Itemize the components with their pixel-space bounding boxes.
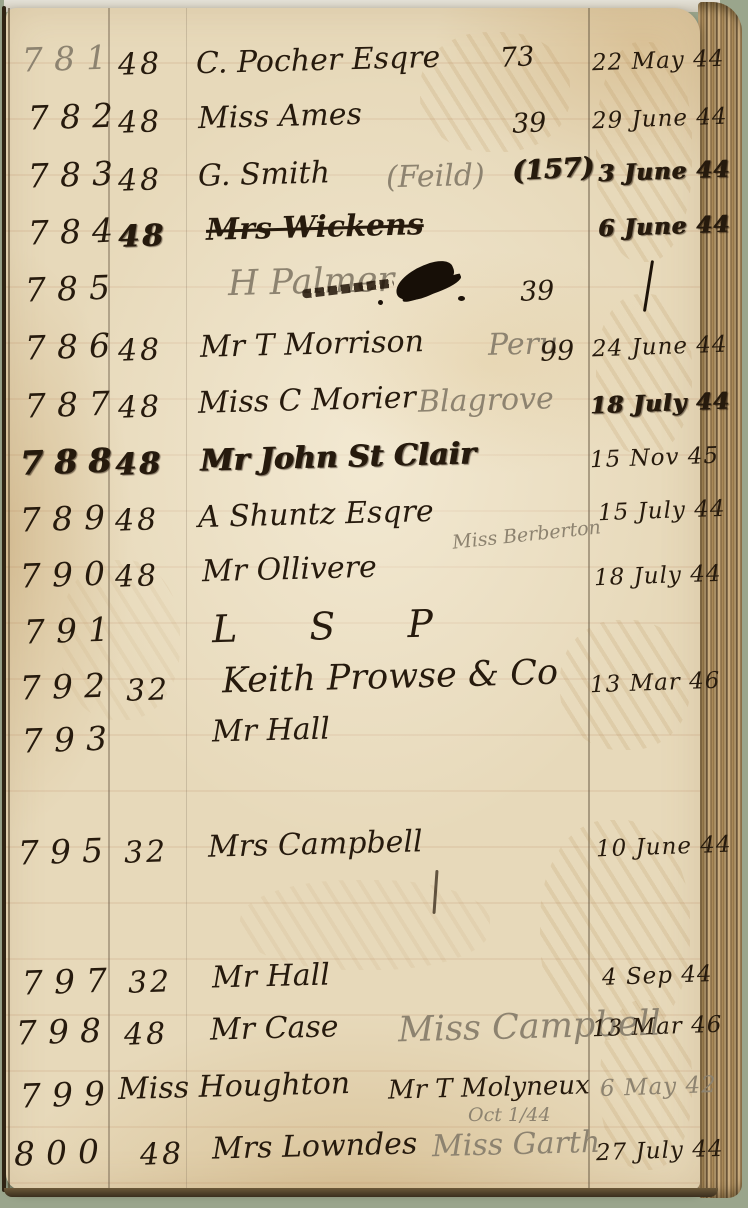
reference-number: 73 — [499, 43, 535, 72]
bleed-mark — [240, 880, 490, 970]
fee-amount: 48 — [114, 561, 159, 593]
entry-number: 791 — [23, 612, 120, 648]
fee-amount: 48 — [123, 1019, 168, 1051]
entry-number: 781 — [21, 40, 118, 76]
client-name: Miss Ames — [198, 100, 363, 134]
fee-amount: 48 — [117, 107, 162, 139]
entry-date: 22 May 44 — [592, 48, 725, 76]
entry-number: 798 — [15, 1013, 112, 1049]
client-name: Mrs Wickens — [206, 210, 424, 246]
entry-number: 783 — [27, 156, 124, 192]
entry-date: 13 Mar 46 — [590, 670, 721, 698]
fee-amount: 48 — [117, 221, 166, 253]
page-bottom-shadow — [4, 1188, 718, 1197]
entry-date: 27 July 44 — [596, 1138, 724, 1165]
pencil-note: Miss Garth — [432, 1128, 601, 1162]
entry-number: 782 — [27, 98, 124, 134]
entry-date: 18 July 44 — [590, 390, 730, 418]
entry-date: 13 Mar 46 — [592, 1014, 723, 1042]
bleed-mark — [420, 32, 570, 152]
reference-number: (157) — [511, 154, 594, 185]
reference-number: 99 — [539, 337, 575, 366]
ink-splatter — [458, 296, 465, 301]
scanned-ledger-photo: { "palette": { "background": "#9aa58c", … — [0, 0, 748, 1208]
reference-number: 39 — [511, 109, 547, 138]
pencil-note: Blagrove — [418, 384, 555, 418]
client-name: Keith Prowse & Co — [222, 656, 559, 700]
client-name: Mrs Lowndes — [212, 1129, 418, 1164]
binding-gutter-line — [8, 8, 10, 1190]
entry-number: 799 — [19, 1076, 116, 1112]
entry-date: 6 May 42 — [600, 1074, 718, 1101]
entry-date: 24 June 44 — [592, 334, 728, 362]
client-name-secondary: Mr T Molyneux — [388, 1072, 590, 1103]
client-name: Mrs Campbell — [208, 827, 423, 863]
fee-amount: 48 — [139, 1139, 184, 1171]
entry-number: 786 — [24, 328, 121, 364]
client-name: C. Pocher Esqre — [196, 43, 441, 79]
ink-blot — [391, 255, 460, 306]
pencil-note: Oct 1/44 — [468, 1106, 551, 1125]
column-rule-fee — [186, 8, 187, 1190]
entry-number: 785 — [24, 270, 121, 306]
pencil-note: Miss Berberton — [451, 518, 601, 552]
client-name: Mr Hall — [212, 960, 331, 993]
fee-amount: 32 — [123, 837, 168, 869]
fee-amount: 48 — [114, 449, 163, 481]
fee-amount: 48 — [117, 165, 162, 197]
ledger-page: 781 48 C. Pocher Esqre 73 22 May 44 782 … — [6, 8, 700, 1190]
entry-date: 10 June 44 — [596, 834, 732, 862]
fee-amount: 48 — [117, 392, 162, 424]
entry-number: 793 — [21, 721, 118, 757]
ink-splatter — [378, 300, 383, 305]
client-name: Mr Case — [210, 1012, 339, 1045]
fee-amount: 48 — [117, 335, 162, 367]
bleed-mark — [596, 294, 692, 454]
entry-number: 790 — [19, 556, 116, 592]
entry-number: 787 — [24, 386, 121, 422]
entry-number: 792 — [19, 668, 116, 704]
client-name: Mr T Morrison — [200, 327, 425, 363]
entry-number: 789 — [19, 500, 116, 536]
client-name: Miss C Morier — [198, 383, 417, 419]
client-name: Mr Hall — [212, 714, 331, 747]
entry-number: 784 — [27, 213, 124, 249]
entry-date: 4 Sep 44 — [602, 963, 713, 990]
binding-gutter-edge — [2, 6, 6, 1192]
fee-amount: 48 — [114, 505, 159, 537]
client-name: A Shuntz Esqre — [198, 497, 434, 533]
entry-number: 797 — [21, 963, 118, 999]
client-name: G. Smith — [198, 158, 331, 191]
fee-amount: 32 — [127, 967, 172, 999]
reference-number: 39 — [519, 277, 555, 306]
client-name: Mr John St Clair — [200, 439, 476, 476]
entry-number: 795 — [17, 833, 114, 869]
fee-amount: 32 — [125, 675, 170, 707]
entry-date: 15 Nov 45 — [590, 445, 720, 472]
entry-date: 18 July 44 — [594, 563, 722, 590]
client-name: Miss Houghton — [118, 1069, 351, 1105]
pencil-note: (Feild) — [386, 161, 485, 194]
client-name: L S P — [212, 604, 464, 649]
client-name: Mr Ollivere — [202, 553, 378, 588]
entry-number: 788 — [19, 443, 122, 480]
entry-date: 29 June 44 — [592, 106, 728, 134]
entry-number: 800 — [13, 1134, 110, 1170]
entry-date: 15 July 44 — [598, 498, 726, 525]
entry-date: 6 June 44 — [598, 213, 731, 241]
fee-amount: 48 — [117, 49, 162, 81]
entry-date: 3 June 44 — [598, 158, 731, 186]
